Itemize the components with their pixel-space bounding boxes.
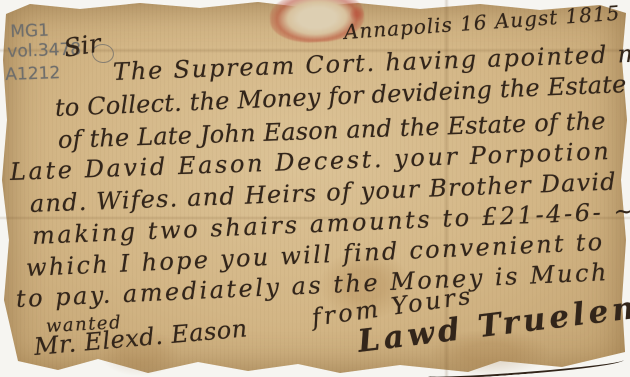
salutation: Sir bbox=[62, 28, 103, 62]
letter-scan: MG1 vol.3478 A1212 Annapolis 16 Augst 18… bbox=[0, 0, 630, 377]
archival-note-line: MG1 bbox=[10, 21, 49, 42]
archival-note-line: A1212 bbox=[5, 63, 61, 85]
